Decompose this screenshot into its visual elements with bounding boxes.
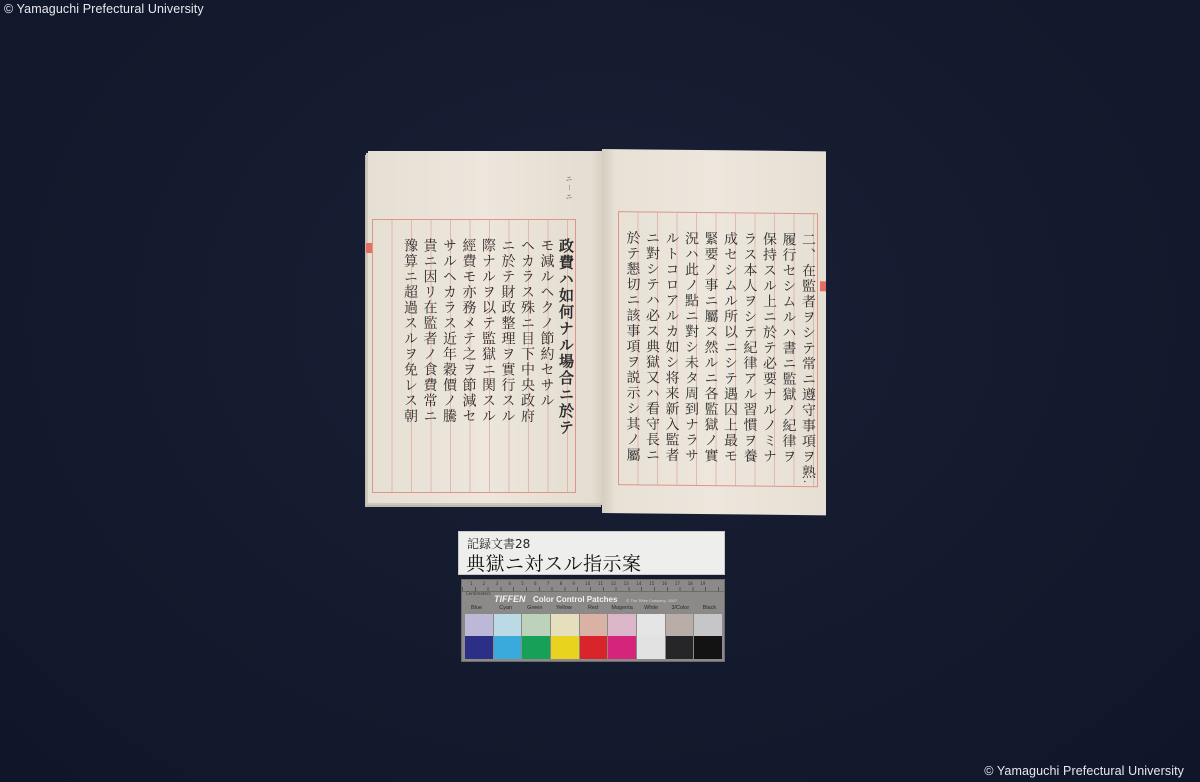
ruler-tick-label: 4 [508,581,511,586]
ruler-tick-label: 6 [534,581,537,586]
right-page-ruled-frame: 二、在監者ヲシテ常ニ遵守事項ヲ熟知 履行セシムルハ書ニ監獄ノ紀律ヲ 保持スル上ニ… [618,211,818,487]
ruler-tick-label: 18 [688,581,693,586]
text-column: 豫算ニ超過スルヲ免レス朝 [400,238,420,488]
light-swatch [494,614,522,636]
dark-swatch [494,636,522,659]
text-column: ニ對シテハ必ス典獄又ハ看守長ニ [642,230,662,480]
text-column: 履行セシムルハ書ニ監獄ノ紀律ヲ [778,232,798,482]
color-patch-blue [465,614,493,660]
ruler-tick-label: 16 [662,581,667,586]
ruler-tick-label: 19 [700,581,705,586]
patch-label: Black [695,605,724,611]
text-column: 際ナルヲ以テ監獄ニ関スル [478,238,498,488]
chart-copyright: © The Tiffen Company, 2007 [626,599,677,603]
right-page-text-columns: 二、在監者ヲシテ常ニ遵守事項ヲ熟知 履行セシムルハ書ニ監獄ノ紀律ヲ 保持スル上ニ… [622,230,817,482]
ruler-tick-label: 10 [585,581,590,586]
text-column: 政費ハ如何ナル場合ニ於テ [556,238,576,488]
copyright-credit-bottom: © Yamaguchi Prefectural University [984,764,1184,778]
color-patch-red [580,614,608,660]
ruler-tick-label: 17 [675,581,680,586]
light-swatch [694,614,722,636]
light-swatch [522,614,550,636]
color-patch-grid [465,614,723,660]
patch-label: Cyan [491,605,520,611]
open-document-book: ニ－ニ 政費ハ如何ナル場合ニ於テ モ減ルヘクノ節約セサル ヘカラス殊ニ目下中央政… [366,149,828,513]
ruler-unit-label: Centimeters [466,591,491,596]
ruler-tick-label: 8 [560,581,563,586]
color-patch-white [637,614,665,660]
light-swatch [465,614,493,636]
patch-label: Blue [462,605,491,611]
red-margin-tab [820,281,826,291]
ruler-tick-label: 14 [636,581,641,586]
ruler-tick-label: 13 [624,581,629,586]
color-patch-magenta [608,614,636,660]
dark-swatch [551,636,579,659]
text-column: 成セシムル所以ニシテ遇囚上最モ [720,231,740,481]
right-page: 二、在監者ヲシテ常ニ遵守事項ヲ熟知 履行セシムルハ書ニ監獄ノ紀律ヲ 保持スル上ニ… [602,149,826,515]
dark-swatch [694,636,722,659]
text-column: 保持スル上ニ於テ必要ナルノミナ [759,232,779,482]
text-column: 況ハ此ノ點ニ對シ未タ周到ナラサ [681,231,701,481]
text-column: ヘカラス殊ニ目下中央政府 [517,238,537,488]
dark-swatch [465,636,493,659]
ruler-tick-label: 11 [598,581,603,586]
patch-label: Red [578,605,607,611]
text-column: 緊要ノ事ニ屬ス然ルニ各監獄ノ實 [700,231,720,481]
ruler-tick-label: 5 [521,581,524,586]
dark-swatch [666,636,694,659]
light-swatch [580,614,608,636]
text-column: 二、在監者ヲシテ常ニ遵守事項ヲ熟知 [798,232,818,482]
document-title: 典獄ニ対スル指示案 [466,549,642,576]
ruler-tick-label: 3 [496,581,499,586]
ruler-tick-label: 9 [572,581,575,586]
document-label-card: 記録文書28 典獄ニ対スル指示案 [458,531,725,575]
patch-label: Yellow [549,605,578,611]
text-column: 於テ懇切ニ該事項ヲ説示シ其ノ屬 [622,230,642,480]
patch-label: 3/Color [666,605,695,611]
ruler-tick-label: 2 [483,581,486,586]
text-column: サルヘカラス近年穀價ノ騰 [439,238,459,488]
ruler-tick-label: 7 [547,581,550,586]
text-column: モ減ルヘクノ節約セサル [536,238,556,488]
light-swatch [551,614,579,636]
light-swatch [637,614,665,636]
color-patch-3color [666,614,694,660]
patch-label: Green [520,605,549,611]
copyright-credit-top: © Yamaguchi Prefectural University [4,2,204,16]
color-patch-cyan [494,614,522,660]
text-column: ニ於テ財政整理ヲ實行スル [497,238,517,488]
ruler-tick-label: 15 [649,581,654,586]
left-page-text-columns: 政費ハ如何ナル場合ニ於テ モ減ルヘクノ節約セサル ヘカラス殊ニ目下中央政府 ニ於… [400,238,576,488]
text-column: 經費モ亦務メテ之ヲ節減セ [458,238,478,488]
light-swatch [608,614,636,636]
text-column: ラス本人ヲシテ紀律アル習慣ヲ養 [739,231,759,481]
ruler-tick-label: 1 [470,581,473,586]
centimeter-ruler: 12345678910111213141516171819 [462,580,724,592]
text-column: ルトコロアルカ如シ将来新入監者 [661,231,681,481]
light-swatch [666,614,694,636]
color-patch-yellow [551,614,579,660]
dark-swatch [522,636,550,659]
patch-label: Magenta [608,605,637,611]
page-folio-number: ニ－ニ [564,175,574,202]
dark-swatch [637,636,665,659]
color-patch-green [522,614,550,660]
ruler-tick-label: 12 [611,581,616,586]
patch-label: White [637,605,666,611]
color-calibration-chart: 12345678910111213141516171819 Centimeter… [462,580,724,661]
tiffen-logo: TIFFEN [494,594,526,604]
left-page-ruled-frame: 政費ハ如何ナル場合ニ於テ モ減ルヘクノ節約セサル ヘカラス殊ニ目下中央政府 ニ於… [372,219,576,493]
chart-title: Color Control Patches [533,595,617,604]
text-column: 貴ニ因リ在監者ノ食費常ニ [419,238,439,488]
color-patch-black [694,614,722,660]
dark-swatch [580,636,608,659]
patch-name-row: Blue Cyan Green Yellow Red Magenta White… [462,605,724,611]
left-page: ニ－ニ 政費ハ如何ナル場合ニ於テ モ減ルヘクノ節約セサル ヘカラス殊ニ目下中央政… [368,151,604,503]
dark-swatch [608,636,636,659]
